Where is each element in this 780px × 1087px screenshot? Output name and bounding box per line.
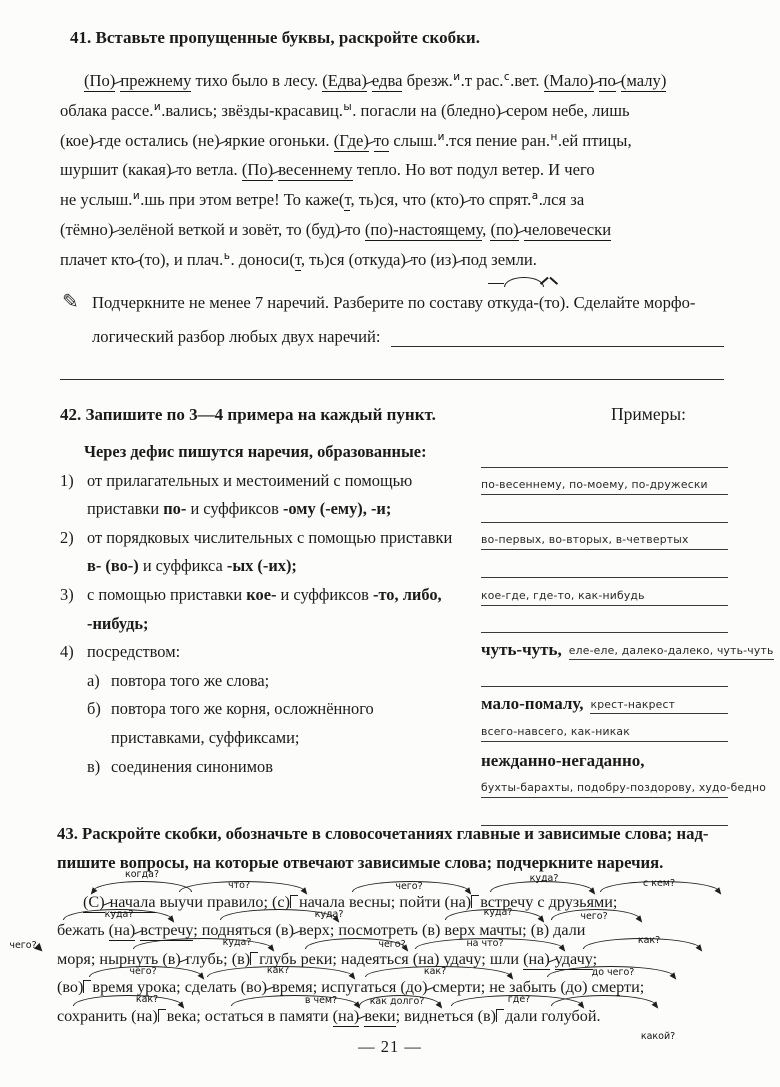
handwritten-inserted-letter: .с. [499, 71, 514, 90]
rule-list-item: 4)посредством: [60, 638, 468, 667]
handwritten-inserted-letter: .и. [433, 131, 449, 150]
question-label: какой? [641, 1023, 675, 1051]
arrowhead [696, 944, 707, 956]
printed-example: нежданно-негаданно, [481, 751, 645, 771]
pencil-task-line2: логический разбор любых двух наречий: [60, 320, 724, 354]
item-number: 3) [60, 581, 87, 610]
handwritten-inserted-letter: .и. [128, 190, 144, 209]
question-label: как? [267, 957, 289, 985]
main-word-bracket [158, 1009, 166, 1022]
handwritten-example-line: всего-навсего, как-никак [481, 714, 728, 742]
exercise-43-text-line: как?в чем?как долго?где?какой?сохранить … [57, 1002, 725, 1030]
exercise-41-text-line: облака рассе.и.вались; звёзды-красавиц.ы… [60, 96, 724, 126]
item-number: в) [87, 753, 111, 782]
rule-list-item: а)повтора того же слова; [60, 667, 468, 696]
root-mark [504, 277, 544, 287]
exercise-43-title-line1: 43. Раскройте скобки, обозначьте в слово… [57, 820, 725, 849]
exercise-41: 41. Вставьте пропущенные буквы, раскройт… [60, 28, 724, 275]
question-label: куда? [315, 901, 344, 929]
rule-list-item: 2)от порядковых числительных с помощью п… [60, 524, 468, 581]
handwritten-inserted-letter: .а. [527, 190, 543, 209]
handwritten-inserted-letter: .н. [546, 131, 562, 150]
handwritten-examples: всего-навсего, как-никак [481, 725, 630, 741]
handwritten-inserted-letter: .и. [449, 71, 465, 90]
exercise-41-text-line: (По)прежнему тихо было в лесу. (Едва)едв… [60, 66, 724, 96]
question-label: как? [424, 958, 446, 986]
question-label: куда? [105, 901, 134, 929]
ruled-blank-line: еле-еле, далеко-далеко, чуть-чуть [569, 641, 774, 660]
ruled-blank-line: крест-накрест [590, 695, 728, 714]
main-word-bracket [290, 895, 298, 908]
ruled-blank-line [481, 660, 728, 688]
exercise-41-text-line: плачет кто(то), и плач.ь. доноси(т, ть)с… [60, 245, 724, 275]
rule-list-item: б)повтора того же корня, осложнённого пр… [60, 695, 468, 752]
ruled-blank-line [481, 440, 728, 468]
question-label: что? [228, 872, 250, 900]
printed-and-handwritten-line: мало-помалу,крест-накрест [481, 687, 728, 714]
question-label: чего? [9, 932, 36, 960]
examples-header: Примеры: [611, 404, 686, 425]
exercise-41-text-line: (тёмно)зелёной веткой и зовёт, то (буд)т… [60, 215, 724, 245]
arrowhead [670, 972, 681, 984]
exercise-41-text-line: (кое)где остались (не)яркие огоньки. (Гд… [60, 126, 724, 156]
handwritten-examples: крест-накрест [590, 698, 675, 714]
exercise-43: 43. Раскройте скобки, обозначьте в слово… [57, 820, 725, 1030]
handwritten-examples: бухты-барахты, подобру-поздорову, худо-б… [481, 781, 766, 797]
item-number: а) [87, 667, 111, 696]
rule-list-item: в)соединения синонимов [60, 753, 468, 782]
exercise-41-paragraph: (По)прежнему тихо было в лесу. (Едва)едв… [60, 66, 724, 275]
rule-list-item: 3)с помощью приставки кое- и суффиксов -… [60, 581, 468, 638]
printed-and-handwritten-line: чуть-чуть,еле-еле, далеко-далеко, чуть-ч… [481, 633, 728, 660]
handwritten-examples: кое-где, где-то, как-нибудь [481, 589, 645, 605]
arrowhead [652, 1001, 663, 1013]
exercise-41-text-line: не услыш.и.шь при этом ветре! То каже(т,… [60, 185, 724, 215]
pencil-task: ✎ Подчеркните не менее 7 наречий. Разбер… [60, 286, 724, 380]
question-label: где? [508, 986, 530, 1014]
rule-list-item: 1)от прилагательных и местоимений с помо… [60, 467, 468, 524]
item-number: 4) [60, 638, 87, 667]
answer-blank-line [60, 379, 724, 380]
pencil-task-line1: Подчеркните не менее 7 наречий. Разберит… [60, 286, 724, 320]
ruled-blank-line [481, 606, 728, 634]
question-label: как? [638, 927, 660, 955]
question-label: куда? [530, 865, 559, 893]
exercise-42-examples-column: по-весеннему, по-моему, по-дружескиво-пе… [481, 440, 728, 826]
printed-example: мало-помалу, [481, 694, 583, 714]
answer-blank-line [391, 320, 724, 347]
handwritten-inserted-letter: .и. [149, 101, 165, 120]
question-label: когда? [125, 861, 159, 889]
ruled-blank-line [481, 550, 728, 578]
exercise-41-text-line: шуршит (какая)то ветла. (По)весеннему те… [60, 155, 724, 185]
printed-example-line: нежданно-негаданно, [481, 742, 728, 771]
ruled-blank-line [481, 495, 728, 523]
item-number: б) [87, 695, 111, 724]
question-label: до чего? [592, 959, 635, 987]
main-word-bracket [496, 1009, 504, 1022]
question-label: на что? [466, 930, 503, 958]
exercise-41-title: 41. Вставьте пропущенные буквы, раскройт… [60, 28, 724, 48]
handwritten-example-line: бухты-барахты, подобру-поздорову, худо-б… [481, 771, 728, 799]
suffix-mark [541, 276, 557, 285]
item-number: 1) [60, 467, 87, 496]
workbook-page: { "page_number": "— 21 —", "icons": { "p… [0, 0, 780, 1087]
printed-example: чуть-чуть, [481, 640, 562, 660]
phrase-text: (С)начала выучи правило; (с)начала весны… [83, 893, 617, 911]
main-word-bracket [83, 980, 91, 993]
handwritten-example-line: по-весеннему, по-моему, по-дружески [481, 468, 728, 496]
handwritten-example-line: кое-где, где-то, как-нибудь [481, 578, 728, 606]
question-label: в чем? [305, 987, 337, 1015]
exercise-42: 42. Запишите по 3—4 примера на каждый пу… [60, 404, 728, 781]
arrowhead [636, 916, 647, 928]
handwritten-inserted-letter: .ь. [219, 250, 235, 269]
pencil-icon: ✎ [62, 289, 79, 314]
question-label: чего? [129, 958, 156, 986]
handwritten-examples: еле-еле, далеко-далеко, чуть-чуть [569, 644, 774, 660]
question-label: чего? [580, 903, 607, 931]
question-label: куда? [484, 899, 513, 927]
question-label: как? [136, 986, 158, 1014]
question-label: чего? [378, 931, 405, 959]
question-label: с кем? [643, 870, 675, 898]
exercise-42-rules-list: Через дефис пишутся наречия, образованны… [60, 438, 468, 781]
arrowhead [715, 887, 726, 899]
handwritten-examples: по-весеннему, по-моему, по-дружески [481, 478, 708, 494]
handwritten-inserted-letter: .ы. [339, 101, 357, 120]
handwritten-example-line: во-первых, во-вторых, в-четвертых [481, 523, 728, 551]
parsed-word-otkuda-to: откуда-(то) [487, 286, 565, 320]
exercise-43-body: когда?что?чего?куда?с кем?(С)начала выуч… [57, 888, 725, 1030]
question-label: куда? [223, 929, 252, 957]
handwritten-examples: во-первых, во-вторых, в-четвертых [481, 533, 689, 549]
prefix-mark [488, 283, 504, 284]
exercise-42-title: 42. Запишите по 3—4 примера на каждый пу… [60, 405, 436, 425]
exercise-42-header: 42. Запишите по 3—4 примера на каждый пу… [60, 404, 728, 425]
question-label: чего? [395, 873, 422, 901]
exercise-42-intro: Через дефис пишутся наречия, образованны… [60, 438, 468, 467]
question-label: как долго? [370, 988, 425, 1016]
item-number: 2) [60, 524, 87, 553]
